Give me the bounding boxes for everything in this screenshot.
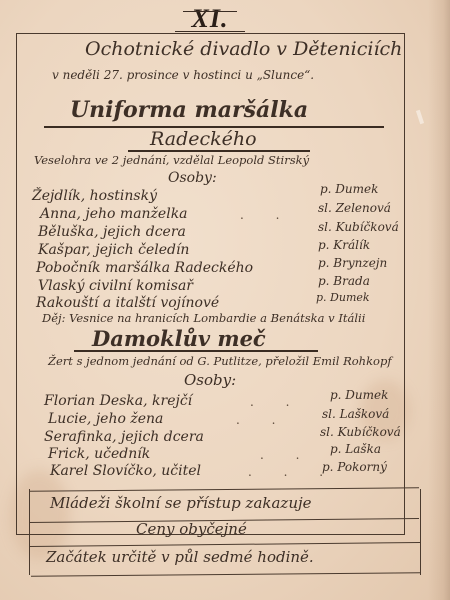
play2-cast-heading: Osoby:: [184, 371, 236, 389]
play1-actor: p. Dumek: [316, 291, 370, 304]
title-underline: [128, 150, 310, 152]
play2-actor: p. Laška: [330, 442, 381, 456]
play2-actor: sl. Kubíčková: [320, 425, 401, 439]
play2-actor: sl. Lašková: [322, 407, 389, 421]
play1-role: Vlaský civilní komisař: [38, 278, 193, 294]
leader-dots: . .: [240, 208, 293, 222]
play2-subtitle: Žert s jednom jednání od G. Putlitze, př…: [48, 354, 392, 368]
play2-role: Karel Slovíčko, učitel: [50, 463, 201, 479]
play2-role: Frick, učedník: [48, 446, 150, 462]
leader-dots: . .: [250, 395, 303, 409]
play1-cast-heading: Osoby:: [168, 170, 217, 186]
play1-title: Uniforma maršálka: [70, 97, 308, 123]
play1-setting: Děj: Vesnice na hranicích Lombardie a Be…: [42, 311, 365, 325]
play1-actor: p. Brada: [318, 274, 370, 288]
theatre-header: Ochotnické divadlo v Děteniciích: [85, 38, 402, 60]
play1-actor: sl. Zelenová: [318, 201, 391, 215]
play1-role: Běluška, jejich dcera: [38, 224, 186, 240]
play1-actor: p. Brynzejn: [318, 256, 387, 270]
playbill-number: XI.: [175, 4, 245, 34]
play1-role: Anna, jeho manželka: [40, 206, 188, 222]
performance-date-venue: v neděli 27. prosince v hostinci u „Slun…: [52, 68, 314, 82]
leader-dots: . .: [260, 448, 313, 462]
play2-actor: p. Dumek: [330, 388, 388, 402]
play1-actor: p. Králík: [318, 238, 370, 252]
play1-role: Žejdlík, hostinský: [32, 188, 157, 204]
play1-title-line2: Radeckého: [150, 128, 257, 150]
play2-title: Damoklův meč: [92, 326, 266, 351]
leader-dots: . .: [236, 413, 289, 427]
footer-box: [29, 489, 421, 575]
play2-role: Serafinka, jejich dcera: [44, 429, 204, 445]
play1-role: Rakouští a italští vojínové: [36, 295, 219, 311]
title-underline: [74, 350, 318, 352]
play1-actor: sl. Kubíčková: [318, 220, 399, 234]
play1-actor: p. Dumek: [320, 182, 378, 196]
page-edge-shadow: [428, 0, 450, 600]
pencil-mark: [416, 110, 424, 125]
play2-role: Florian Deska, krejčí: [44, 393, 192, 409]
play1-role: Pobočník maršálka Radeckého: [36, 260, 253, 276]
play1-role: Kašpar, jejich čeledín: [38, 242, 189, 258]
play2-role: Lucie, jeho žena: [48, 411, 163, 427]
play1-subtitle: Veselohra ve 2 jednání, vzdělal Leopold …: [34, 153, 309, 167]
play2-actor: p. Pokorný: [322, 460, 387, 474]
